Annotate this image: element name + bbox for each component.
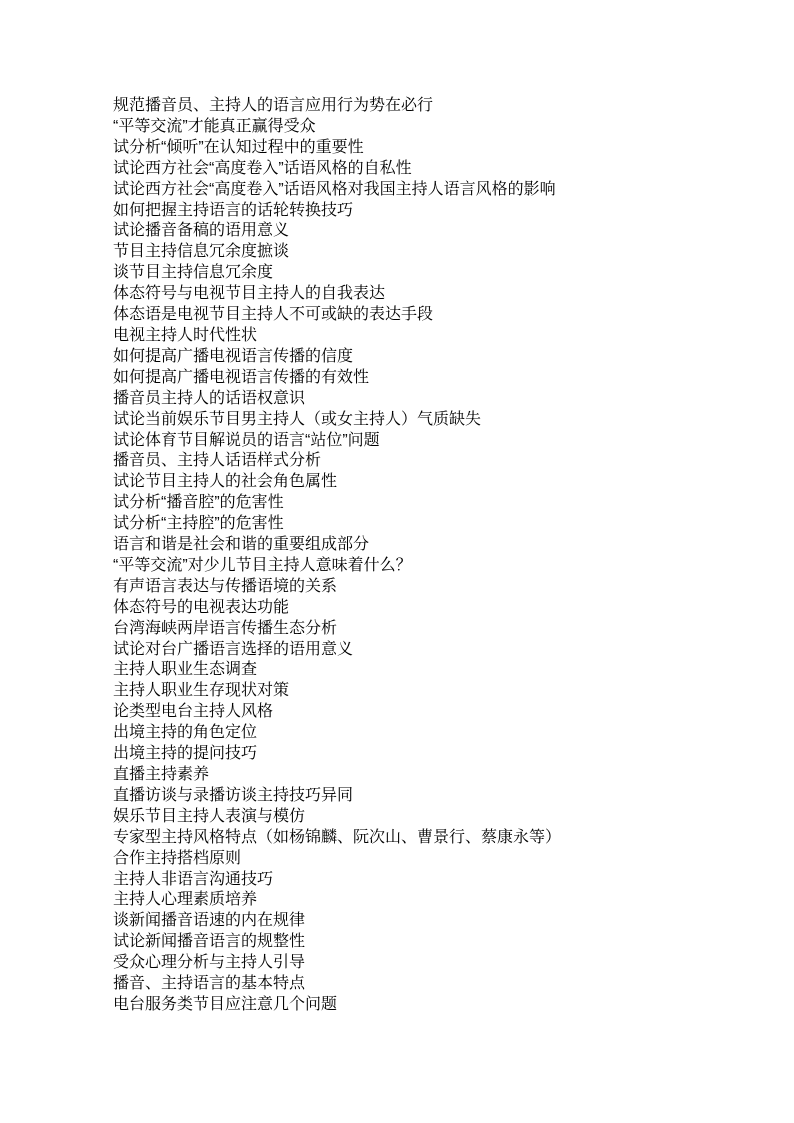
topic-line: 播音、主持语言的基本特点 bbox=[113, 974, 713, 995]
topic-line: 合作主持搭档原则 bbox=[113, 849, 713, 870]
topic-line: “平等交流”才能真正赢得受众 bbox=[113, 117, 713, 138]
topic-line: 试分析“主持腔”的危害性 bbox=[113, 514, 713, 535]
topic-line: 主持人心理素质培养 bbox=[113, 890, 713, 911]
topic-line: 试论西方社会“高度卷入”话语风格的自私性 bbox=[113, 159, 713, 180]
topic-line: 播音员主持人的话语权意识 bbox=[113, 389, 713, 410]
topic-line: 论类型电台主持人风格 bbox=[113, 702, 713, 723]
topic-line: 直播主持素养 bbox=[113, 765, 713, 786]
topic-line: 娱乐节目主持人表演与模仿 bbox=[113, 807, 713, 828]
topic-line: 直播访谈与录播访谈主持技巧异同 bbox=[113, 786, 713, 807]
topic-line: 体态语是电视节目主持人不可或缺的表达手段 bbox=[113, 305, 713, 326]
topic-line: 出境主持的角色定位 bbox=[113, 723, 713, 744]
topic-line: 节目主持信息冗余度摭谈 bbox=[113, 242, 713, 263]
topic-line: 主持人非语言沟通技巧 bbox=[113, 870, 713, 891]
topic-line: 体态符号的电视表达功能 bbox=[113, 598, 713, 619]
topic-line: 谈节目主持信息冗余度 bbox=[113, 263, 713, 284]
topic-line: 电视主持人时代性状 bbox=[113, 326, 713, 347]
topic-line: “平等交流”对少儿节目主持人意味着什么？ bbox=[113, 556, 713, 577]
topic-line: 试论新闻播音语言的规整性 bbox=[113, 932, 713, 953]
topic-line: 如何提高广播电视语言传播的有效性 bbox=[113, 368, 713, 389]
topic-line: 有声语言表达与传播语境的关系 bbox=[113, 577, 713, 598]
topic-line: 专家型主持风格特点（如杨锦麟、阮次山、曹景行、蔡康永等） bbox=[113, 828, 713, 849]
topic-line: 谈新闻播音语速的内在规律 bbox=[113, 911, 713, 932]
topic-line: 试论当前娱乐节目男主持人（或女主持人）气质缺失 bbox=[113, 410, 713, 431]
topic-line: 台湾海峡两岸语言传播生态分析 bbox=[113, 619, 713, 640]
topic-line: 如何把握主持语言的话轮转换技巧 bbox=[113, 201, 713, 222]
topic-line: 试分析“播音腔”的危害性 bbox=[113, 493, 713, 514]
topic-line: 试论体育节目解说员的语言“站位”问题 bbox=[113, 431, 713, 452]
topic-line: 试论播音备稿的语用意义 bbox=[113, 221, 713, 242]
topic-line: 试论西方社会“高度卷入”话语风格对我国主持人语言风格的影响 bbox=[113, 180, 713, 201]
document-page: 规范播音员、主持人的语言应用行为势在必行“平等交流”才能真正赢得受众试分析“倾听… bbox=[0, 0, 794, 1123]
topic-line: 语言和谐是社会和谐的重要组成部分 bbox=[113, 535, 713, 556]
topic-line: 试论节目主持人的社会角色属性 bbox=[113, 472, 713, 493]
topic-line: 试论对台广播语言选择的语用意义 bbox=[113, 640, 713, 661]
topic-line: 体态符号与电视节目主持人的自我表达 bbox=[113, 284, 713, 305]
topic-line: 播音员、主持人话语样式分析 bbox=[113, 451, 713, 472]
topic-line: 电台服务类节目应注意几个问题 bbox=[113, 995, 713, 1016]
topic-line: 如何提高广播电视语言传播的信度 bbox=[113, 347, 713, 368]
topic-line: 主持人职业生存现状对策 bbox=[113, 681, 713, 702]
topic-line: 试分析“倾听”在认知过程中的重要性 bbox=[113, 138, 713, 159]
topic-line: 主持人职业生态调查 bbox=[113, 660, 713, 681]
topic-line: 规范播音员、主持人的语言应用行为势在必行 bbox=[113, 96, 713, 117]
topic-line: 受众心理分析与主持人引导 bbox=[113, 953, 713, 974]
topic-list: 规范播音员、主持人的语言应用行为势在必行“平等交流”才能真正赢得受众试分析“倾听… bbox=[113, 96, 713, 1016]
topic-line: 出境主持的提问技巧 bbox=[113, 744, 713, 765]
